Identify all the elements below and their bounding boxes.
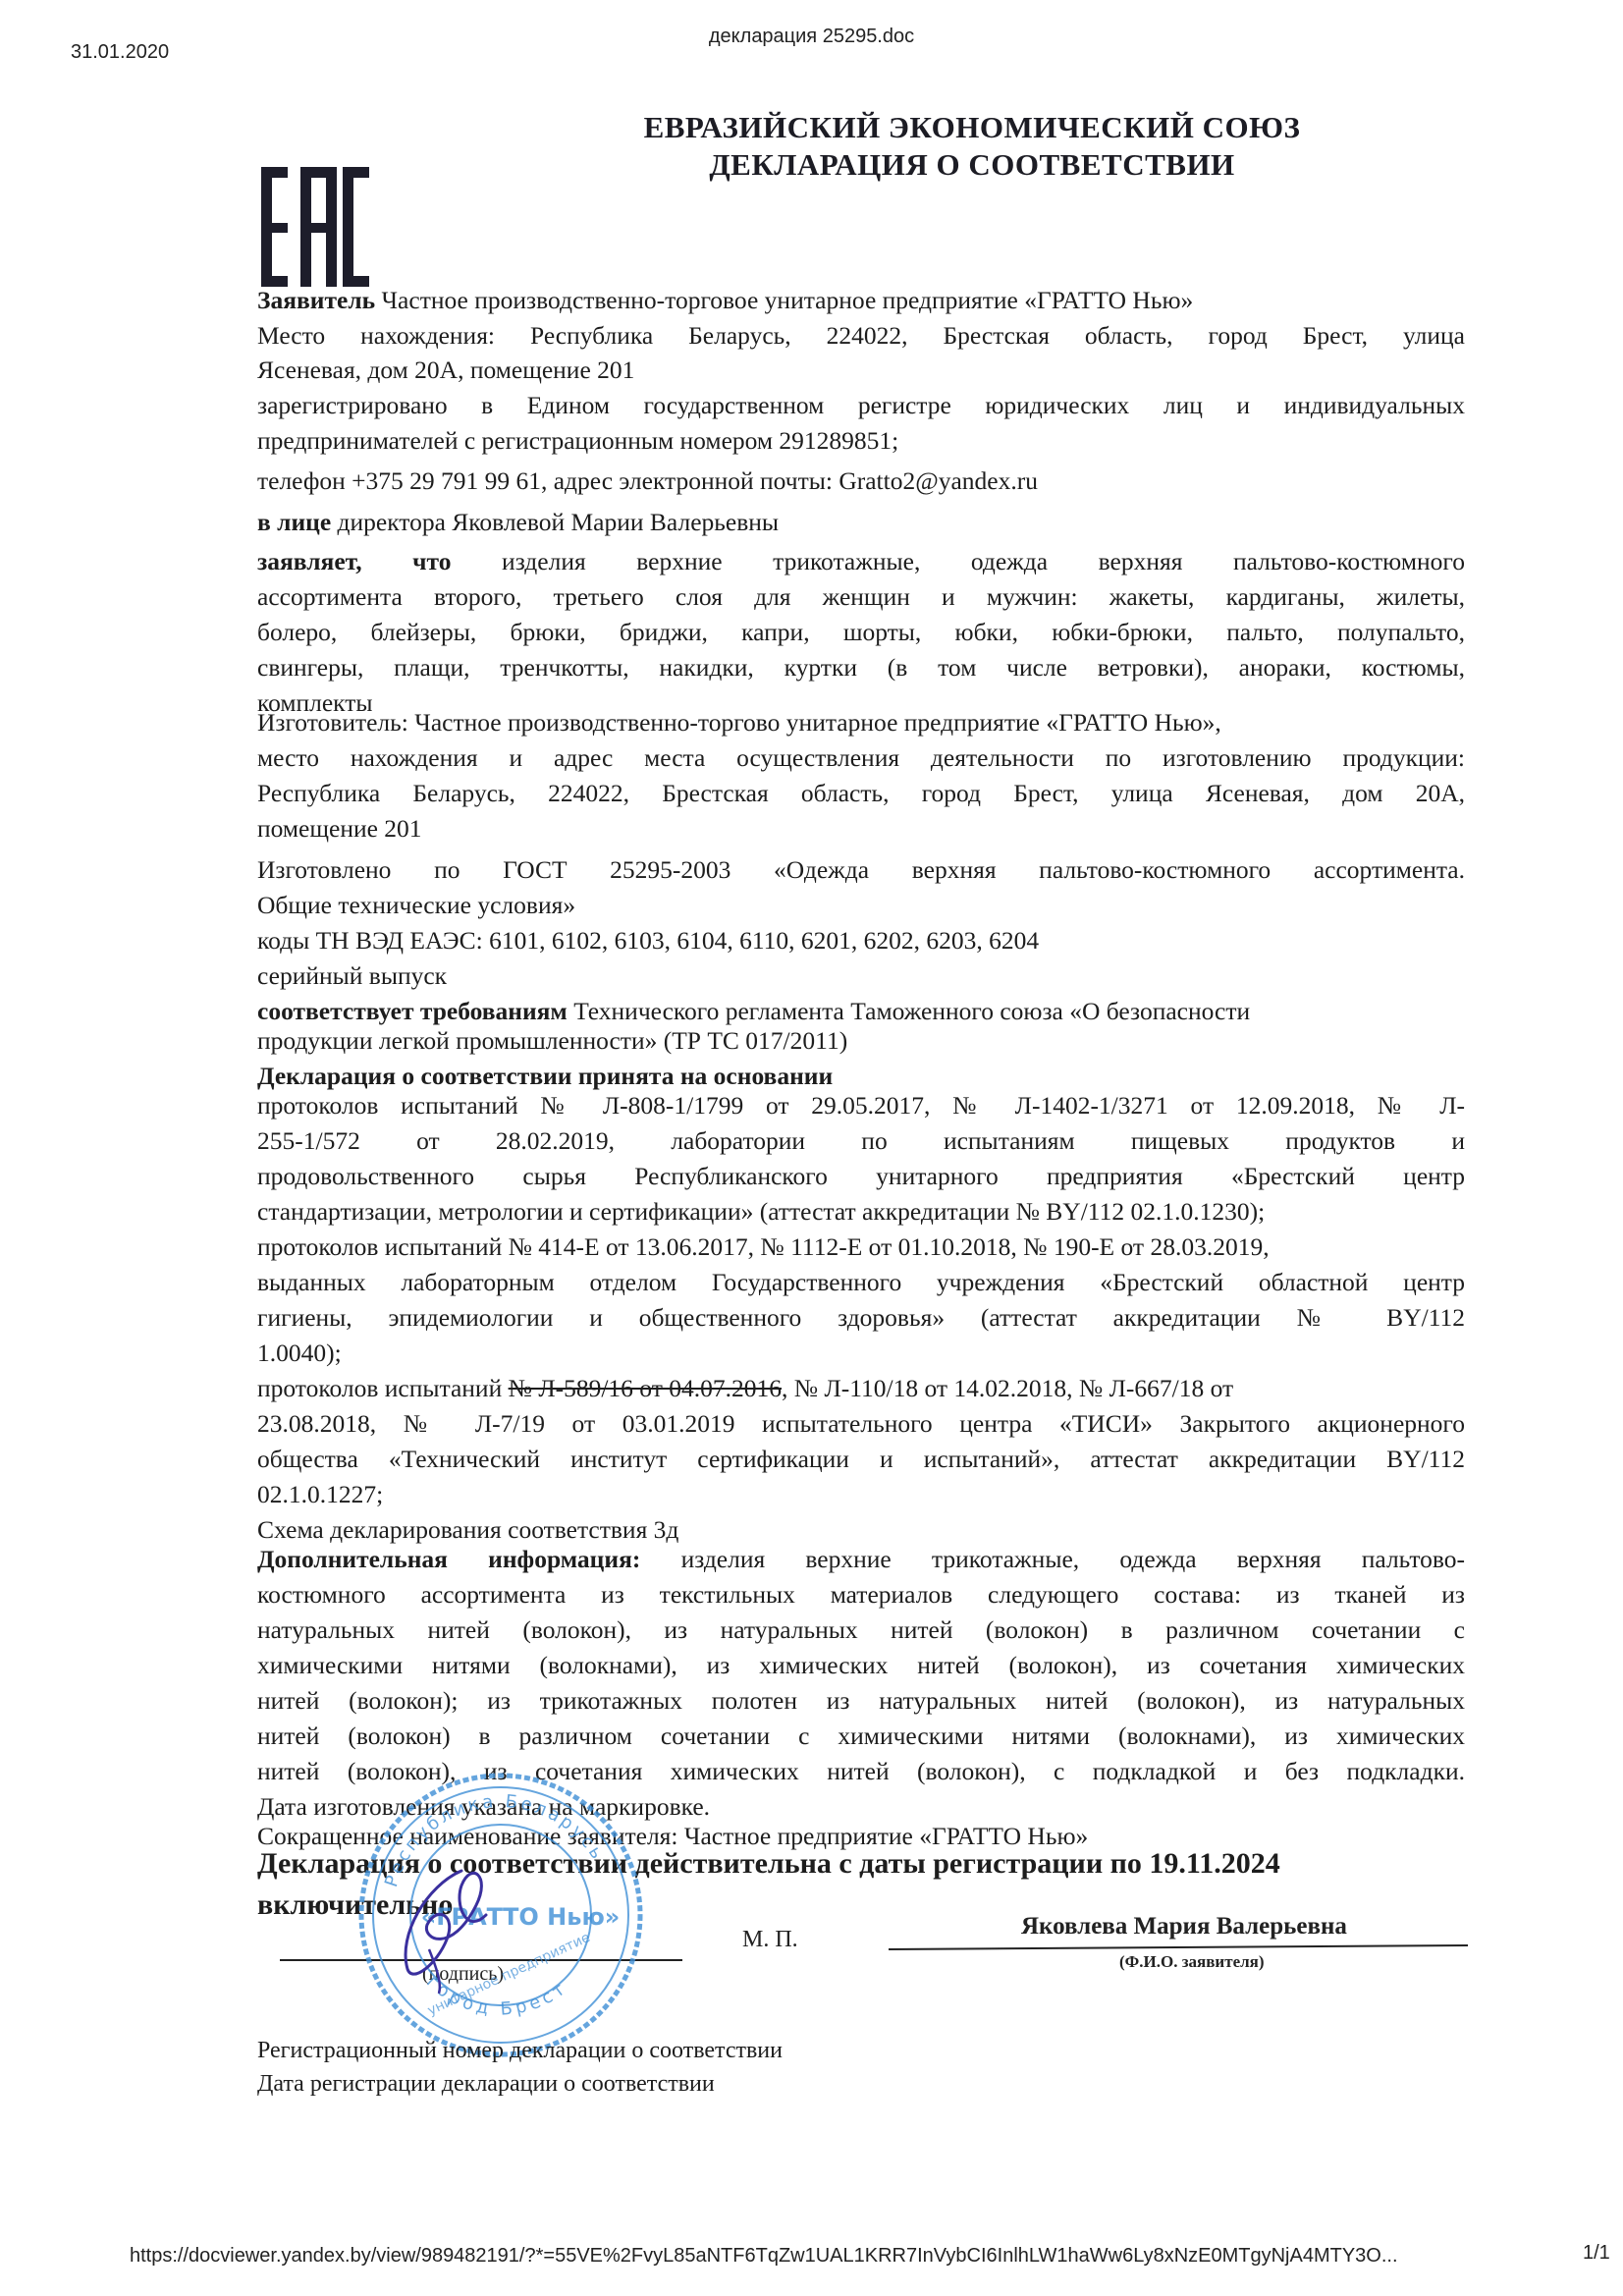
signature-line (280, 1959, 682, 1961)
document-title: ДЕКЛАРАЦИЯ О СООТВЕТСТВИИ (550, 147, 1394, 183)
additional-line: нитей (волокон), из сочетания химических… (257, 1756, 1465, 1787)
manufacturer-line: помещение 201 (257, 813, 1465, 845)
applicant-value: Частное производственно-торговое унитарн… (381, 286, 1193, 314)
registration-number-label: Регистрационный номер декларации о соотв… (257, 2035, 1465, 2066)
seal-mark: М. П. (742, 1927, 798, 1953)
basis-line: общества «Технический институт сертифика… (257, 1444, 1465, 1475)
conforms-line: продукции легкой промышленности» (ТР ТС … (257, 1025, 1465, 1057)
signer-caption: (Ф.И.О. заявителя) (1119, 1952, 1265, 1972)
basis-text: , № Л-110/18 от 14.02.2018, № Л-667/18 о… (782, 1374, 1233, 1402)
conforms-text: Технического регламента Таможенного союз… (573, 997, 1250, 1025)
struck-protocol: № Л-589/16 от 04.07.2016 (509, 1374, 782, 1402)
basis-heading: Декларация о соответствии принята на осн… (257, 1061, 1465, 1092)
tn-ved-codes: коды ТН ВЭД ЕАЭС: 6101, 6102, 6103, 6104… (257, 925, 1465, 957)
represented-line: в лице директора Яковлевой Марии Валерье… (257, 507, 1465, 538)
standard-line: Изготовлено по ГОСТ 25295-2003 «Одежда в… (257, 854, 1465, 886)
applicant-line: Заявитель Частное производственно-торгов… (257, 285, 1465, 316)
union-title: ЕВРАЗИЙСКИЙ ЭКОНОМИЧЕСКИЙ СОЮЗ (550, 110, 1394, 145)
basis-line: выданных лабораторным отделом Государств… (257, 1267, 1465, 1298)
additional-text: изделия верхние трикотажные, одежда верх… (681, 1545, 1465, 1573)
basis-line: 255-1/572 от 28.02.2019, лаборатории по … (257, 1125, 1465, 1157)
name-line (889, 1944, 1468, 1950)
represented-label: в лице (257, 508, 331, 536)
basis-line: 02.1.0.1227; (257, 1479, 1465, 1510)
signer-name: Яковлева Мария Валерьевна (1021, 1913, 1347, 1941)
contacts-line: телефон +375 29 791 99 61, адрес электро… (257, 465, 1465, 497)
standard-line: Общие технические условия» (257, 890, 1465, 921)
additional-label: Дополнительная информация: (257, 1545, 640, 1573)
basis-text: протоколов испытаний (257, 1374, 509, 1402)
basis-line: протоколов испытаний № 414-Е от 13.06.20… (257, 1231, 1465, 1263)
eac-logo-icon (261, 167, 379, 287)
registered-line: предпринимателей с регистрационным номер… (257, 425, 1465, 457)
validity-line: Декларация о соответствии действительна … (257, 1848, 1465, 1880)
basis-line: 1.0040); (257, 1338, 1465, 1369)
products-line: болеро, блейзеры, брюки, бриджи, капри, … (257, 617, 1465, 648)
registered-line: зарегистрировано в Едином государственно… (257, 390, 1465, 421)
additional-line: костюмного ассортимента из текстильных м… (257, 1579, 1465, 1611)
source-url: https://docviewer.yandex.by/view/9894821… (130, 2245, 1398, 2268)
location-line: Ясеневая, дом 20А, помещение 201 (257, 355, 1465, 386)
basis-line: протоколов испытаний № Л-589/16 от 04.07… (257, 1373, 1465, 1404)
additional-line: химическими нитями (волокнами), из химич… (257, 1650, 1465, 1681)
additional-line: нитей (волокон) в различном сочетании с … (257, 1721, 1465, 1752)
registration-date-label: Дата регистрации декларации о соответств… (257, 2068, 1465, 2100)
products-line: заявляет, что изделия верхние трикотажны… (257, 546, 1465, 577)
represented-value: директора Яковлевой Марии Валерьевны (338, 508, 780, 536)
basis-line: протоколов испытаний № Л-808-1/1799 от 2… (257, 1090, 1465, 1121)
manufacturer-line: Республика Беларусь, 224022, Брестская о… (257, 778, 1465, 809)
manufacturer-line: Изготовитель: Частное производственно-то… (257, 707, 1465, 738)
basis-line: продовольственного сырья Республиканског… (257, 1161, 1465, 1192)
page-counter: 1/1 (1583, 2242, 1610, 2265)
manufacture-date-note: Дата изготовления указана на маркировке. (257, 1791, 1465, 1823)
additional-line: Дополнительная информация: изделия верхн… (257, 1544, 1465, 1575)
conforms-label: соответствует требованиям (257, 997, 568, 1025)
additional-line: нитей (волокон); из трикотажных полотен … (257, 1685, 1465, 1717)
scheme-line: Схема декларирования соответствия 3д (257, 1514, 1465, 1546)
additional-line: натуральных нитей (волокон), из натураль… (257, 1614, 1465, 1646)
products-text: изделия верхние трикотажные, одежда верх… (502, 547, 1465, 575)
location-line: Место нахождения: Республика Беларусь, 2… (257, 320, 1465, 352)
conforms-line: соответствует требованиям Технического р… (257, 996, 1465, 1027)
print-filename: декларация 25295.doc (0, 26, 1623, 48)
manufacturer-line: место нахождения и адрес места осуществл… (257, 742, 1465, 774)
signature-caption: (подпись) (422, 1963, 504, 1986)
release-type: серийный выпуск (257, 960, 1465, 992)
basis-line: гигиены, эпидемиологии и общественного з… (257, 1302, 1465, 1334)
basis-line: стандартизации, метрологии и сертификаци… (257, 1196, 1465, 1228)
products-line: свингеры, плащи, тренчкотты, накидки, ку… (257, 652, 1465, 683)
applicant-label: Заявитель (257, 286, 375, 314)
declares-label: заявляет, что (257, 547, 452, 575)
products-line: ассортимента второго, третьего слоя для … (257, 581, 1465, 613)
basis-line: 23.08.2018, № Л-7/19 от 03.01.2019 испыт… (257, 1408, 1465, 1440)
